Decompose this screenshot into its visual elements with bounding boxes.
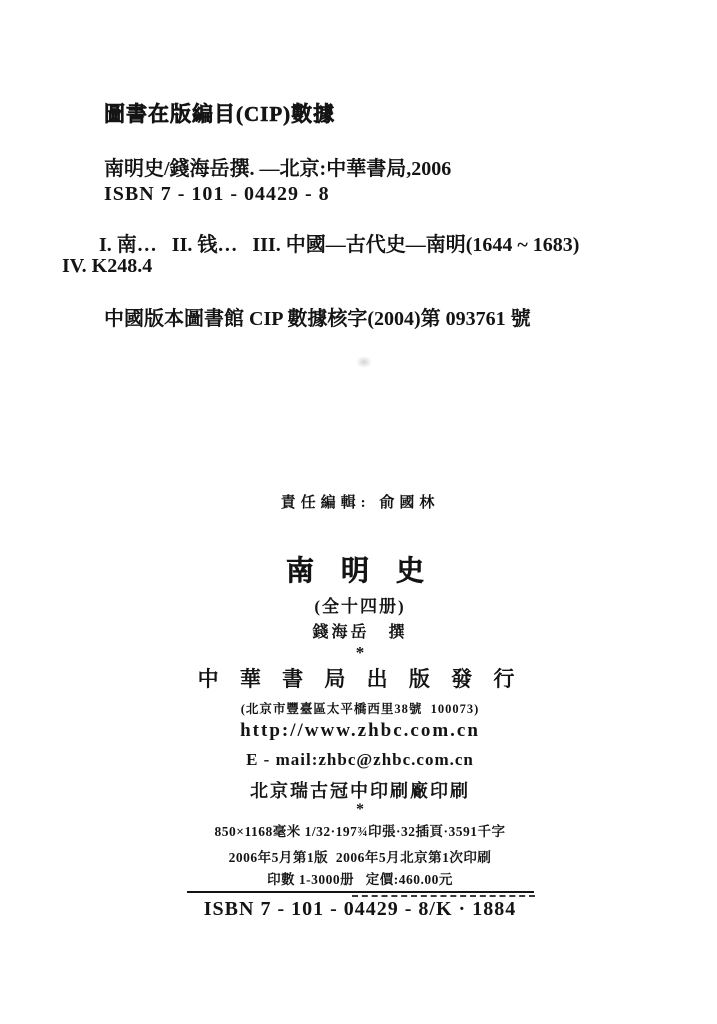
cip-isbn-line: ISBN 7 - 101 - 04429 - 8 [104, 183, 330, 206]
isbn-footer: ISBN 7 - 101 - 04429 - 8/K · 1884 [0, 898, 717, 921]
horizontal-rule-dashed-artifact [352, 895, 535, 897]
publisher-line: 中 華 書 局 出 版 發 行 [0, 663, 717, 693]
book-copyright-page: 圖書在版編目(CIP)數據 南明史/錢海岳撰. —北京:中華書局,2006 IS… [0, 0, 717, 1024]
divider-asterisk-bottom: * [0, 801, 717, 819]
author-line: 錢海岳 撰 [0, 619, 717, 642]
scan-artifact-speck [356, 356, 372, 368]
print-run-price-line: 印數 1-3000册 定價:460.00元 [0, 868, 717, 888]
cip-classification-line: IV. K248.4 [62, 255, 152, 278]
cip-verification-line: 中國版本圖書館 CIP 數據核字(2004)第 093761 號 [104, 302, 531, 331]
cip-subjects-line: I. 南… II. 钱… III. 中國—古代史—南明(1644 ~ 1683) [99, 228, 579, 257]
publisher-address-line: (北京市豐臺區太平橋西里38號 100073) [0, 699, 717, 717]
publisher-email: E - mail:zhbc@zhbc.com.cn [0, 750, 717, 770]
format-specs-line: 850×1168毫米 1/32·197¾印張·32插頁·3591千字 [0, 820, 717, 840]
divider-asterisk-top: * [0, 643, 717, 663]
book-title: 南 明 史 [0, 549, 717, 589]
cip-record-line: 南明史/錢海岳撰. —北京:中華書局,2006 [104, 152, 451, 181]
responsible-editor-line: 責任編輯: 俞國林 [0, 491, 717, 512]
horizontal-rule [187, 891, 534, 893]
cip-heading: 圖書在版編目(CIP)數據 [104, 98, 335, 128]
volume-count-subtitle: (全十四册) [0, 592, 717, 617]
printer-line: 北京瑞古冠中印刷廠印刷 [0, 777, 717, 803]
publisher-website: http://www.zhbc.com.cn [0, 720, 717, 742]
edition-printing-line: 2006年5月第1版 2006年5月北京第1次印刷 [0, 846, 717, 866]
